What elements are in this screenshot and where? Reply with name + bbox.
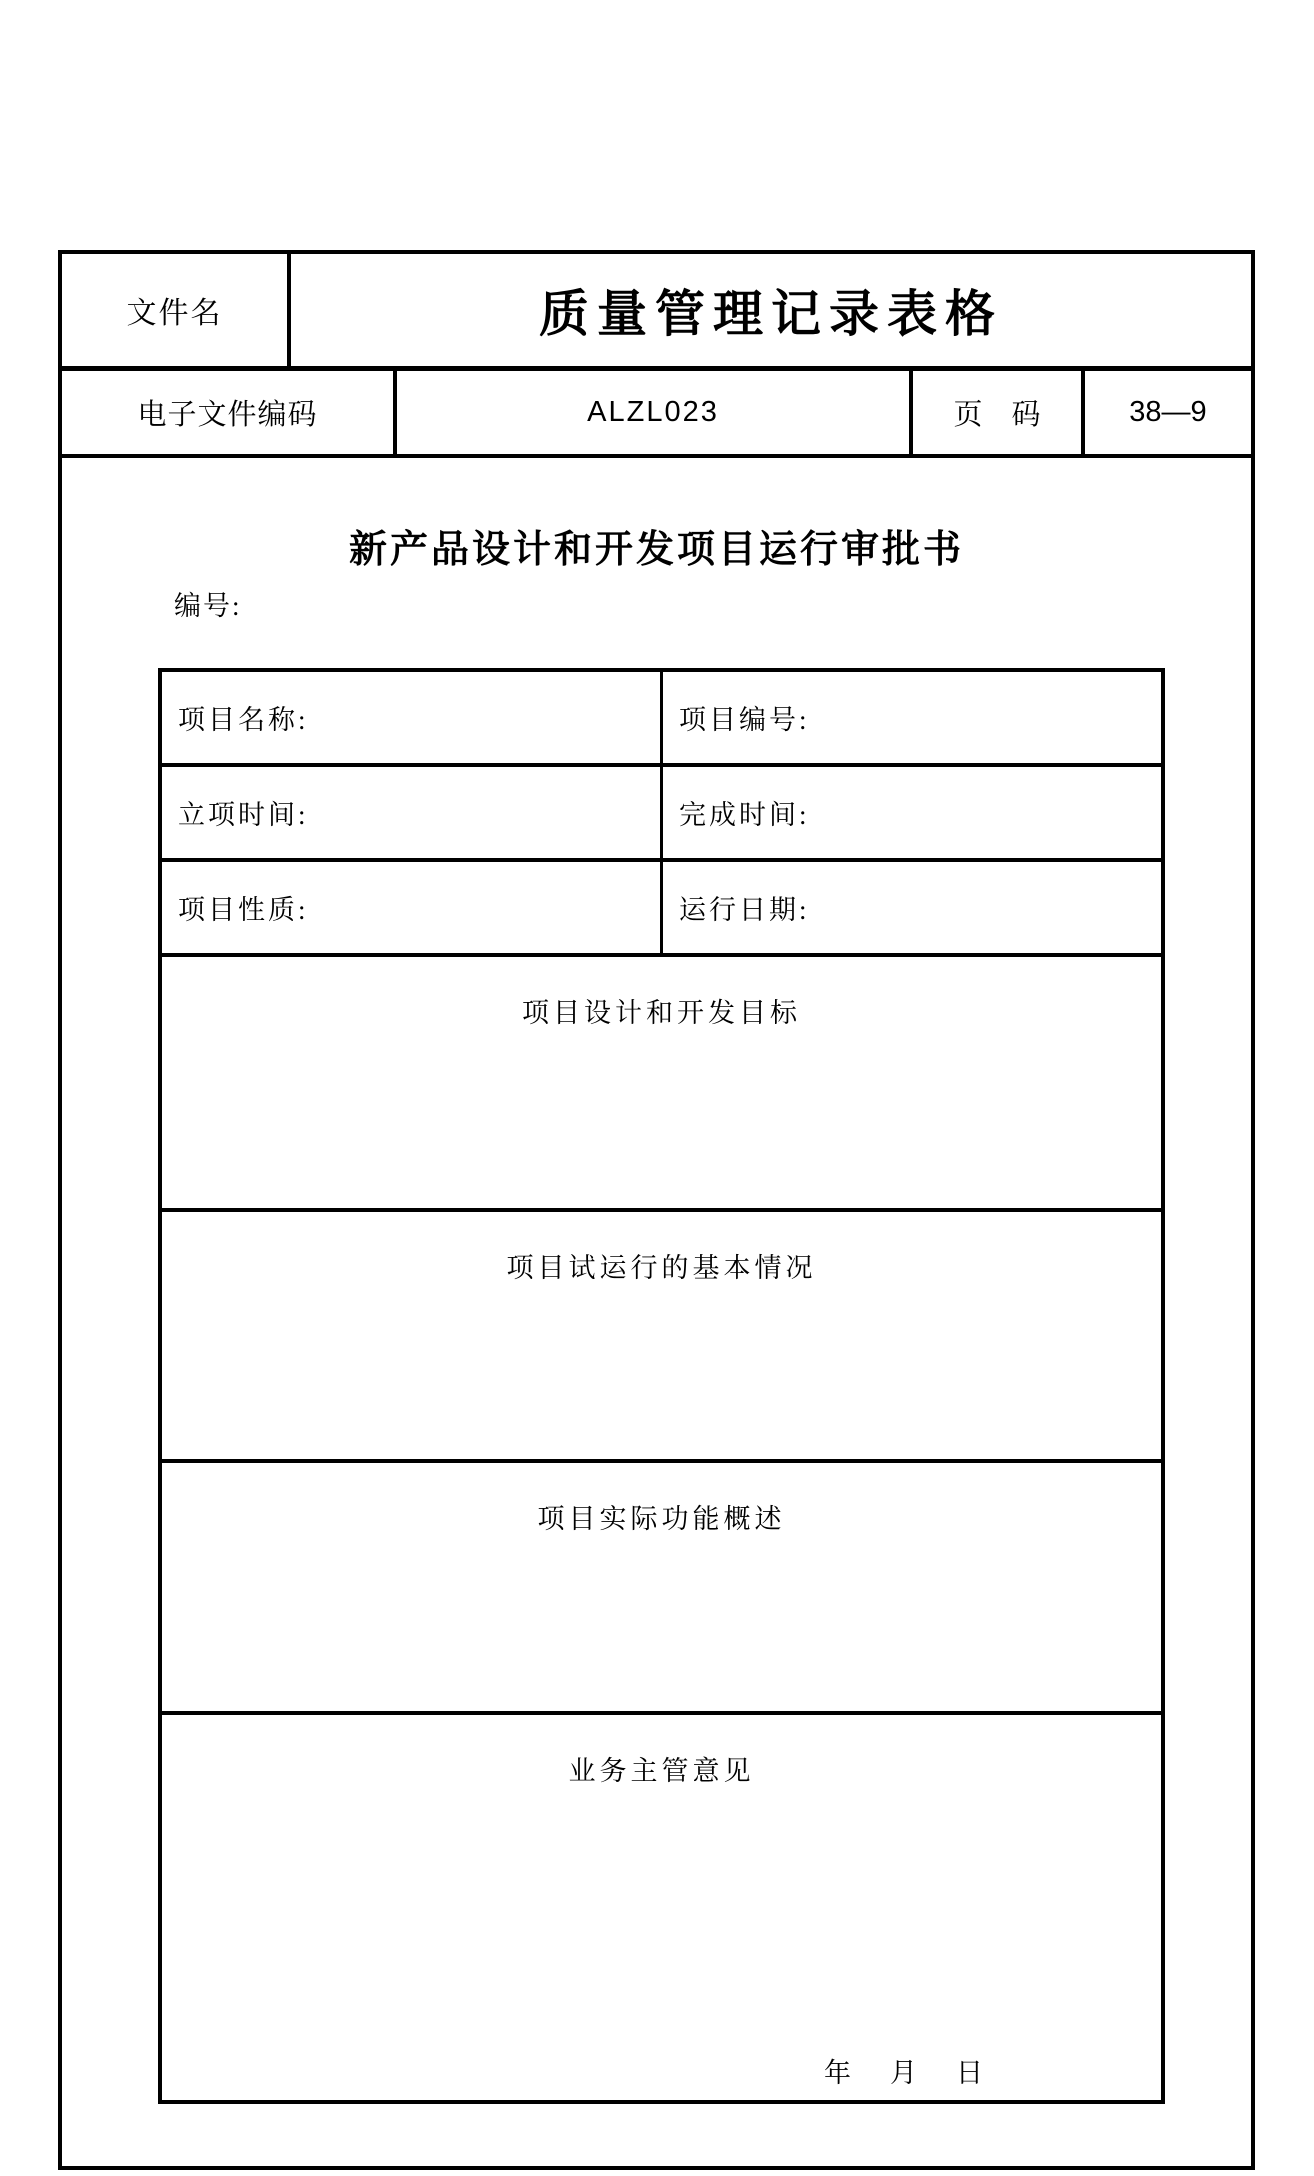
section-supervisor-opinion: 业务主管意见 年 月 日 — [162, 1715, 1161, 2100]
approval-table: 项目名称: 项目编号: 立项时间: 完成时间: 项目性质: 运行日期: 项目设计… — [158, 668, 1165, 2104]
electronic-file-code-value: ALZL023 — [397, 371, 913, 454]
document-title: 新产品设计和开发项目运行审批书 — [62, 518, 1251, 573]
run-date-label: 运行日期: — [663, 862, 1161, 953]
page-number-value: 38—9 — [1085, 371, 1251, 454]
section-supervisor-opinion-title: 业务主管意见 — [569, 1749, 755, 1788]
form-title: 质量管理记录表格 — [291, 254, 1251, 366]
page-number-label: 页 码 — [913, 371, 1085, 454]
section-trial-run: 项目试运行的基本情况 — [162, 1212, 1161, 1463]
project-code-label: 项目编号: — [663, 672, 1161, 763]
date-signature-line: 年 月 日 — [824, 2051, 989, 2090]
section-trial-run-title: 项目试运行的基本情况 — [507, 1246, 817, 1285]
file-name-label: 文件名 — [62, 254, 291, 366]
start-time-label: 立项时间: — [162, 767, 663, 858]
document-body: 新产品设计和开发项目运行审批书 编号: 项目名称: 项目编号: 立项时间: 完成… — [62, 458, 1251, 2166]
header-row-file-code: 电子文件编码 ALZL023 页 码 38—9 — [62, 371, 1251, 458]
outer-table: 文件名 质量管理记录表格 电子文件编码 ALZL023 页 码 38—9 新产品… — [58, 250, 1255, 2170]
section-actual-function: 项目实际功能概述 — [162, 1463, 1161, 1715]
header-row-file-name: 文件名 质量管理记录表格 — [62, 254, 1251, 371]
section-actual-function-title: 项目实际功能概述 — [538, 1497, 786, 1536]
project-name-label: 项目名称: — [162, 672, 663, 763]
serial-number-label: 编号: — [174, 584, 242, 623]
completion-time-label: 完成时间: — [663, 767, 1161, 858]
section-design-goals-title: 项目设计和开发目标 — [522, 991, 801, 1030]
project-nature-label: 项目性质: — [162, 862, 663, 953]
field-row-project-nature: 项目性质: 运行日期: — [162, 862, 1161, 957]
field-row-project-dates: 立项时间: 完成时间: — [162, 767, 1161, 862]
document-page: 文件名 质量管理记录表格 电子文件编码 ALZL023 页 码 38—9 新产品… — [0, 0, 1314, 2176]
section-design-goals: 项目设计和开发目标 — [162, 957, 1161, 1212]
electronic-file-code-label: 电子文件编码 — [62, 371, 397, 454]
field-row-project-name: 项目名称: 项目编号: — [162, 672, 1161, 767]
